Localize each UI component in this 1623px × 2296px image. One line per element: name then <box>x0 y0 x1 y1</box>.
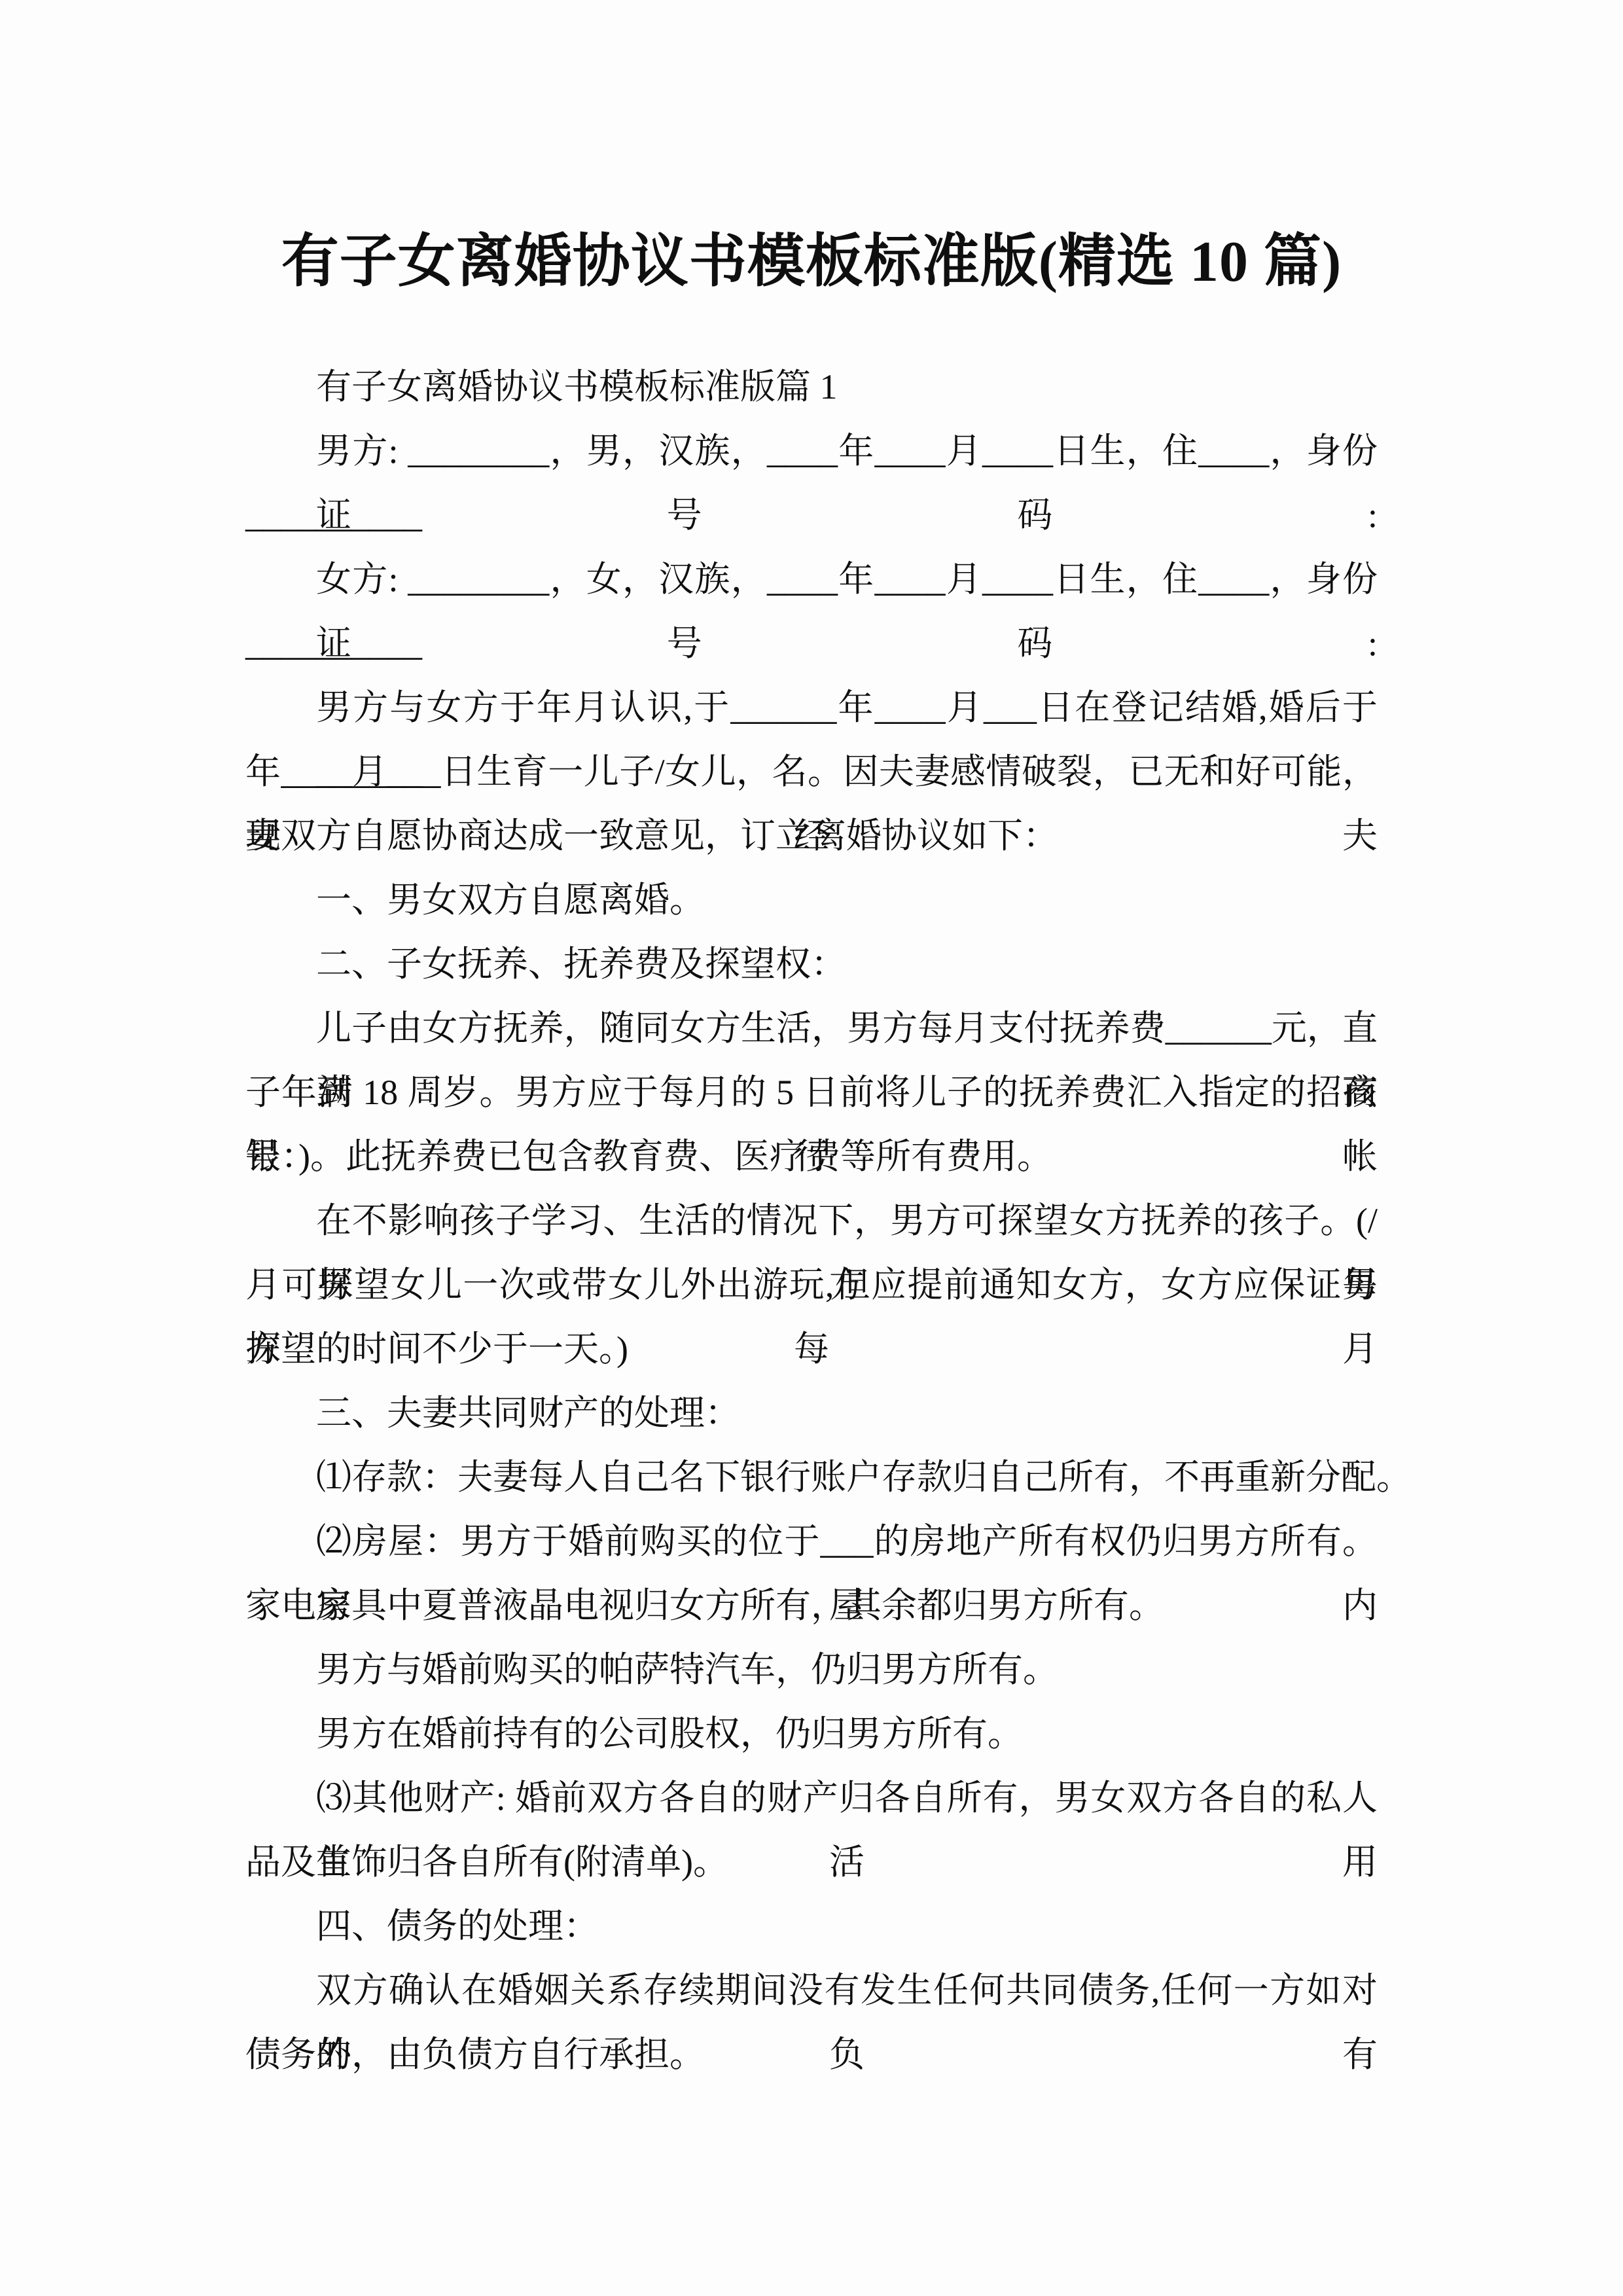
document-line: 女方: ________，女，汉族，____年____月____日生，住____… <box>245 547 1378 611</box>
document-line: 双方确认在婚姻关系存续期间没有发生任何共同债务,任何一方如对外负有 <box>245 1958 1378 2022</box>
document-line: 二、子女抚养、抚养费及探望权： <box>245 932 1378 996</box>
document-line: ⑵房屋：男方于婚前购买的位于___的房地产所有权仍归男方所有。房屋内 <box>245 1509 1378 1573</box>
document-line: ⑶其他财产: 婚前双方各自的财产归各自所有，男女双方各自的私人生活用 <box>245 1766 1378 1830</box>
document-line: 子年满 18 周岁。男方应于每月的 5 日前将儿子的抚养费汇入指定的招商银行帐 <box>245 1060 1378 1124</box>
document-line: 男方与女方于年月认识,于______年____月___日在登记结婚,婚后于___… <box>245 675 1378 740</box>
document-line: 儿子由女方抚养，随同女方生活，男方每月支付抚养费______元，直到孩 <box>245 996 1378 1060</box>
document-line: 有子女离婚协议书模板标准版篇 1 <box>245 355 1378 419</box>
document-line: 男方在婚前持有的公司股权，仍归男方所有。 <box>245 1702 1378 1766</box>
document-line: ⑴存款：夫妻每人自己名下银行账户存款归自己所有，不再重新分配。 <box>245 1445 1378 1509</box>
page: 有子女离婚协议书模板标准版(精选 10 篇) 有子女离婚协议书模板标准版篇 1男… <box>0 0 1623 2296</box>
document-line: 月可探望女儿一次或带女儿外出游玩,但应提前通知女方，女方应保证男方每月 <box>245 1253 1378 1317</box>
document-line: 男方与婚前购买的帕萨特汽车，仍归男方所有。 <box>245 1638 1378 1702</box>
document-title: 有子女离婚协议书模板标准版(精选 10 篇) <box>0 228 1623 297</box>
document-line: 一、男女双方自愿离婚。 <box>245 868 1378 932</box>
document-line: 年____月___日生育一儿子/女儿，名。因夫妻感情破裂，已无和好可能，现经夫 <box>245 740 1378 804</box>
document-line: 在不影响孩子学习、生活的情况下，男方可探望女方抚养的孩子。(/男方每 <box>245 1189 1378 1253</box>
document-line: 三、夫妻共同财产的处理： <box>245 1381 1378 1445</box>
document-body: 有子女离婚协议书模板标准版篇 1男方: ________，男，汉族，____年_… <box>245 355 1378 2087</box>
document-line: 四、债务的处理： <box>245 1894 1378 1958</box>
document-line: 男方: ________，男，汉族，____年____月____日生，住____… <box>245 419 1378 483</box>
